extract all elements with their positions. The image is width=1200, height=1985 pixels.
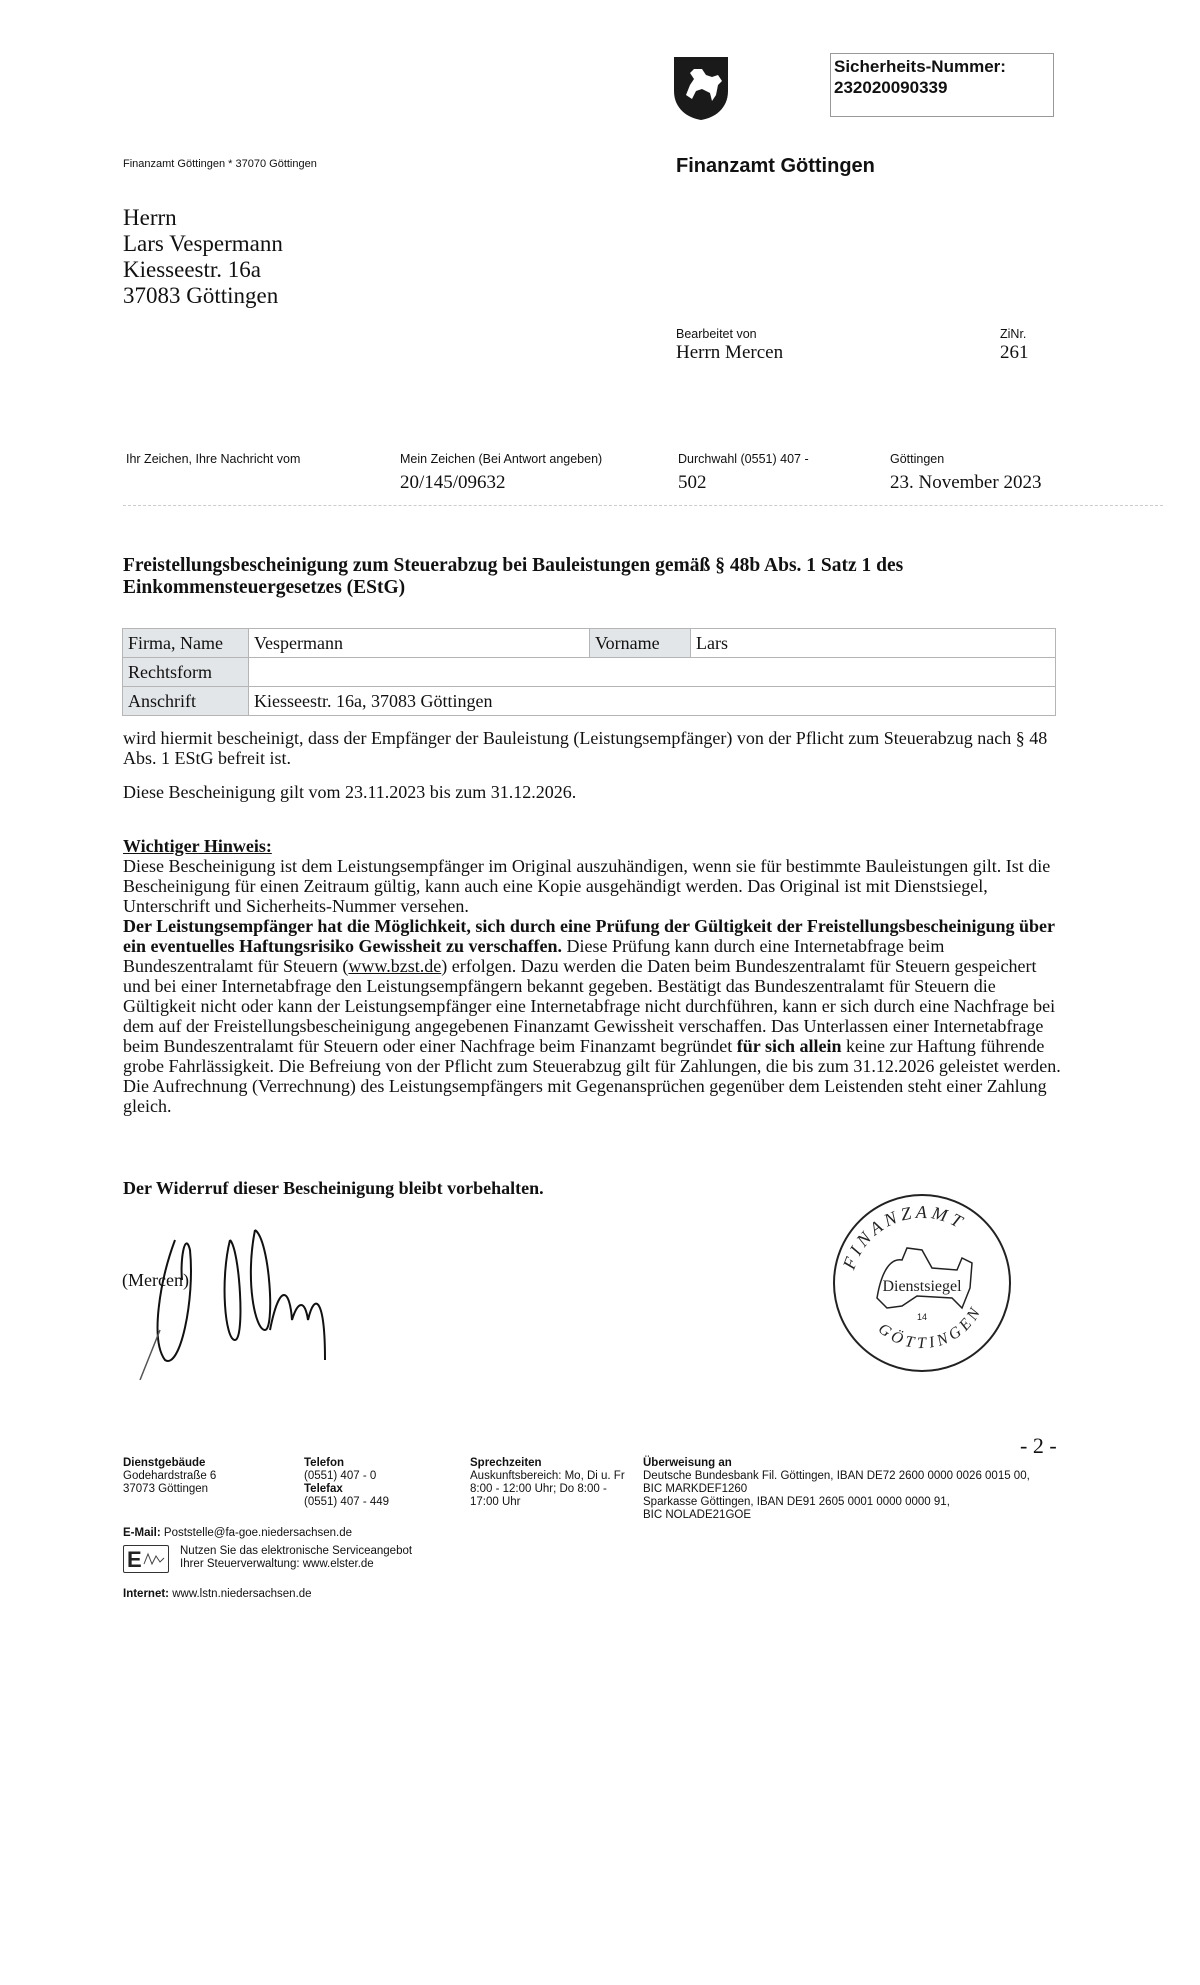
extension-value: 502: [678, 472, 707, 494]
extension-label: Durchwahl (0551) 407 -: [678, 452, 809, 466]
notice-bold-phrase: für sich allein: [737, 1036, 842, 1056]
document-title: Freistellungsbescheinigung zum Steuerabz…: [123, 555, 1103, 599]
seal-center-text: Dienstsiegel: [882, 1278, 962, 1295]
footer-bank-transfer: Überweisung an Deutsche Bundesbank Fil. …: [643, 1457, 1030, 1522]
footer-building: Dienstgebäude Godehardstraße 6 37073 Göt…: [123, 1457, 216, 1496]
table-row: Rechtsform: [123, 658, 1056, 687]
legal-form-value: [249, 658, 1056, 687]
important-notice: Wichtiger Hinweis: Diese Bescheinigung i…: [123, 836, 1063, 1116]
firstname-value: Lars: [691, 629, 1056, 658]
transfer-label: Überweisung an: [643, 1457, 732, 1469]
room-number-label: ZiNr.: [1000, 327, 1026, 341]
recipient-address: Herrn Lars Vespermann Kiesseestr. 16a 37…: [123, 205, 283, 309]
handled-by-label: Bearbeitet von: [676, 327, 757, 341]
legal-form-label: Rechtsform: [123, 658, 249, 687]
recipient-name: Lars Vespermann: [123, 231, 283, 257]
notice-paragraph-1: Diese Bescheinigung ist dem Leistungsemp…: [123, 856, 1050, 916]
phone-value: (0551) 407 - 0: [304, 1470, 376, 1482]
elster-line: Nutzen Sie das elektronische Serviceange…: [180, 1545, 412, 1557]
internet-link[interactable]: www.lstn.niedersachsen.de: [172, 1588, 311, 1600]
footer-hours: Sprechzeiten Auskunftsbereich: Mo, Di u.…: [470, 1457, 625, 1509]
building-street: Godehardstraße 6: [123, 1470, 216, 1482]
room-number-value: 261: [1000, 342, 1029, 364]
footer-internet: Internet: www.lstn.niedersachsen.de: [123, 1588, 312, 1601]
handwritten-signature: [120, 1220, 380, 1380]
recipient-city: 37083 Göttingen: [123, 283, 283, 309]
bzst-link[interactable]: www.bzst.de: [348, 956, 441, 976]
signatory-name: (Mercen): [122, 1270, 189, 1291]
bank-line: BIC MARKDEF1260: [643, 1483, 747, 1495]
fax-label: Telefax: [304, 1483, 343, 1495]
phone-label: Telefon: [304, 1457, 344, 1469]
internet-label: Internet:: [123, 1588, 169, 1600]
svg-text:FINANZAMT: FINANZAMT: [838, 1202, 969, 1273]
certification-text: wird hiermit bescheinigt, dass der Empfä…: [123, 728, 1063, 768]
place-label: Göttingen: [890, 452, 944, 466]
bank-line: Deutsche Bundesbank Fil. Göttingen, IBAN…: [643, 1470, 1030, 1482]
bank-line: BIC NOLADE21GOE: [643, 1509, 751, 1521]
lower-saxony-horse-crest-icon: [672, 55, 730, 121]
my-reference-label: Mein Zeichen (Bei Antwort angeben): [400, 452, 602, 466]
company-label: Firma, Name: [123, 629, 249, 658]
footer-elster: Nutzen Sie das elektronische Serviceange…: [180, 1545, 412, 1571]
return-address: Finanzamt Göttingen * 37070 Göttingen: [123, 158, 317, 170]
notice-heading: Wichtiger Hinweis:: [123, 836, 1063, 856]
recipient-street: Kiesseestr. 16a: [123, 257, 283, 283]
divider: [123, 505, 1163, 506]
security-number-box: Sicherheits-Nummer: 232020090339: [830, 53, 1054, 117]
footer-phone: Telefon (0551) 407 - 0 Telefax (0551) 40…: [304, 1457, 389, 1509]
page-number: - 2 -: [1020, 1433, 1057, 1459]
address-value: Kiesseestr. 16a, 37083 Göttingen: [249, 687, 1056, 716]
fax-value: (0551) 407 - 449: [304, 1496, 389, 1508]
office-name: Finanzamt Göttingen: [676, 155, 875, 178]
official-seal-icon: FINANZAMT GÖTTINGEN Dienstsiegel 14: [822, 1188, 1022, 1378]
elster-link[interactable]: Ihrer Steuerverwaltung: www.elster.de: [180, 1558, 374, 1570]
my-reference-value: 20/145/09632: [400, 472, 506, 494]
svg-text:E: E: [127, 1547, 142, 1572]
svg-text:GÖTTINGEN: GÖTTINGEN: [875, 1302, 986, 1352]
table-row: Anschrift Kiesseestr. 16a, 37083 Götting…: [123, 687, 1056, 716]
seal-number: 14: [917, 1312, 927, 1322]
your-reference-label: Ihr Zeichen, Ihre Nachricht vom: [126, 452, 300, 466]
elster-logo-icon: E: [123, 1545, 169, 1573]
firstname-label: Vorname: [590, 629, 691, 658]
letter-date: 23. November 2023: [890, 472, 1041, 494]
security-number-value: 232020090339: [834, 78, 947, 98]
security-number-label: Sicherheits-Nummer:: [834, 57, 1006, 77]
hours-line: 17:00 Uhr: [470, 1496, 521, 1508]
bank-line: Sparkasse Göttingen, IBAN DE91 2605 0001…: [643, 1496, 950, 1508]
handled-by-value: Herrn Mercen: [676, 342, 783, 364]
seal-bottom-text: GÖTTINGEN: [875, 1302, 986, 1352]
email-label: E-Mail:: [123, 1527, 161, 1539]
company-value: Vespermann: [249, 629, 590, 658]
building-label: Dienstgebäude: [123, 1457, 205, 1469]
address-label: Anschrift: [123, 687, 249, 716]
email-link[interactable]: Poststelle@fa-goe.niedersachsen.de: [164, 1527, 352, 1539]
building-city: 37073 Göttingen: [123, 1483, 208, 1495]
recipient-salutation: Herrn: [123, 205, 283, 231]
validity-text: Diese Bescheinigung gilt vom 23.11.2023 …: [123, 782, 1063, 802]
seal-top-text: FINANZAMT: [838, 1202, 969, 1273]
table-row: Firma, Name Vespermann Vorname Lars: [123, 629, 1056, 658]
footer-email: E-Mail: Poststelle@fa-goe.niedersachsen.…: [123, 1527, 352, 1540]
hours-label: Sprechzeiten: [470, 1457, 542, 1469]
recipient-form-table: Firma, Name Vespermann Vorname Lars Rech…: [122, 628, 1056, 716]
hours-line: Auskunftsbereich: Mo, Di u. Fr: [470, 1470, 625, 1482]
hours-line: 8:00 - 12:00 Uhr; Do 8:00 -: [470, 1483, 607, 1495]
